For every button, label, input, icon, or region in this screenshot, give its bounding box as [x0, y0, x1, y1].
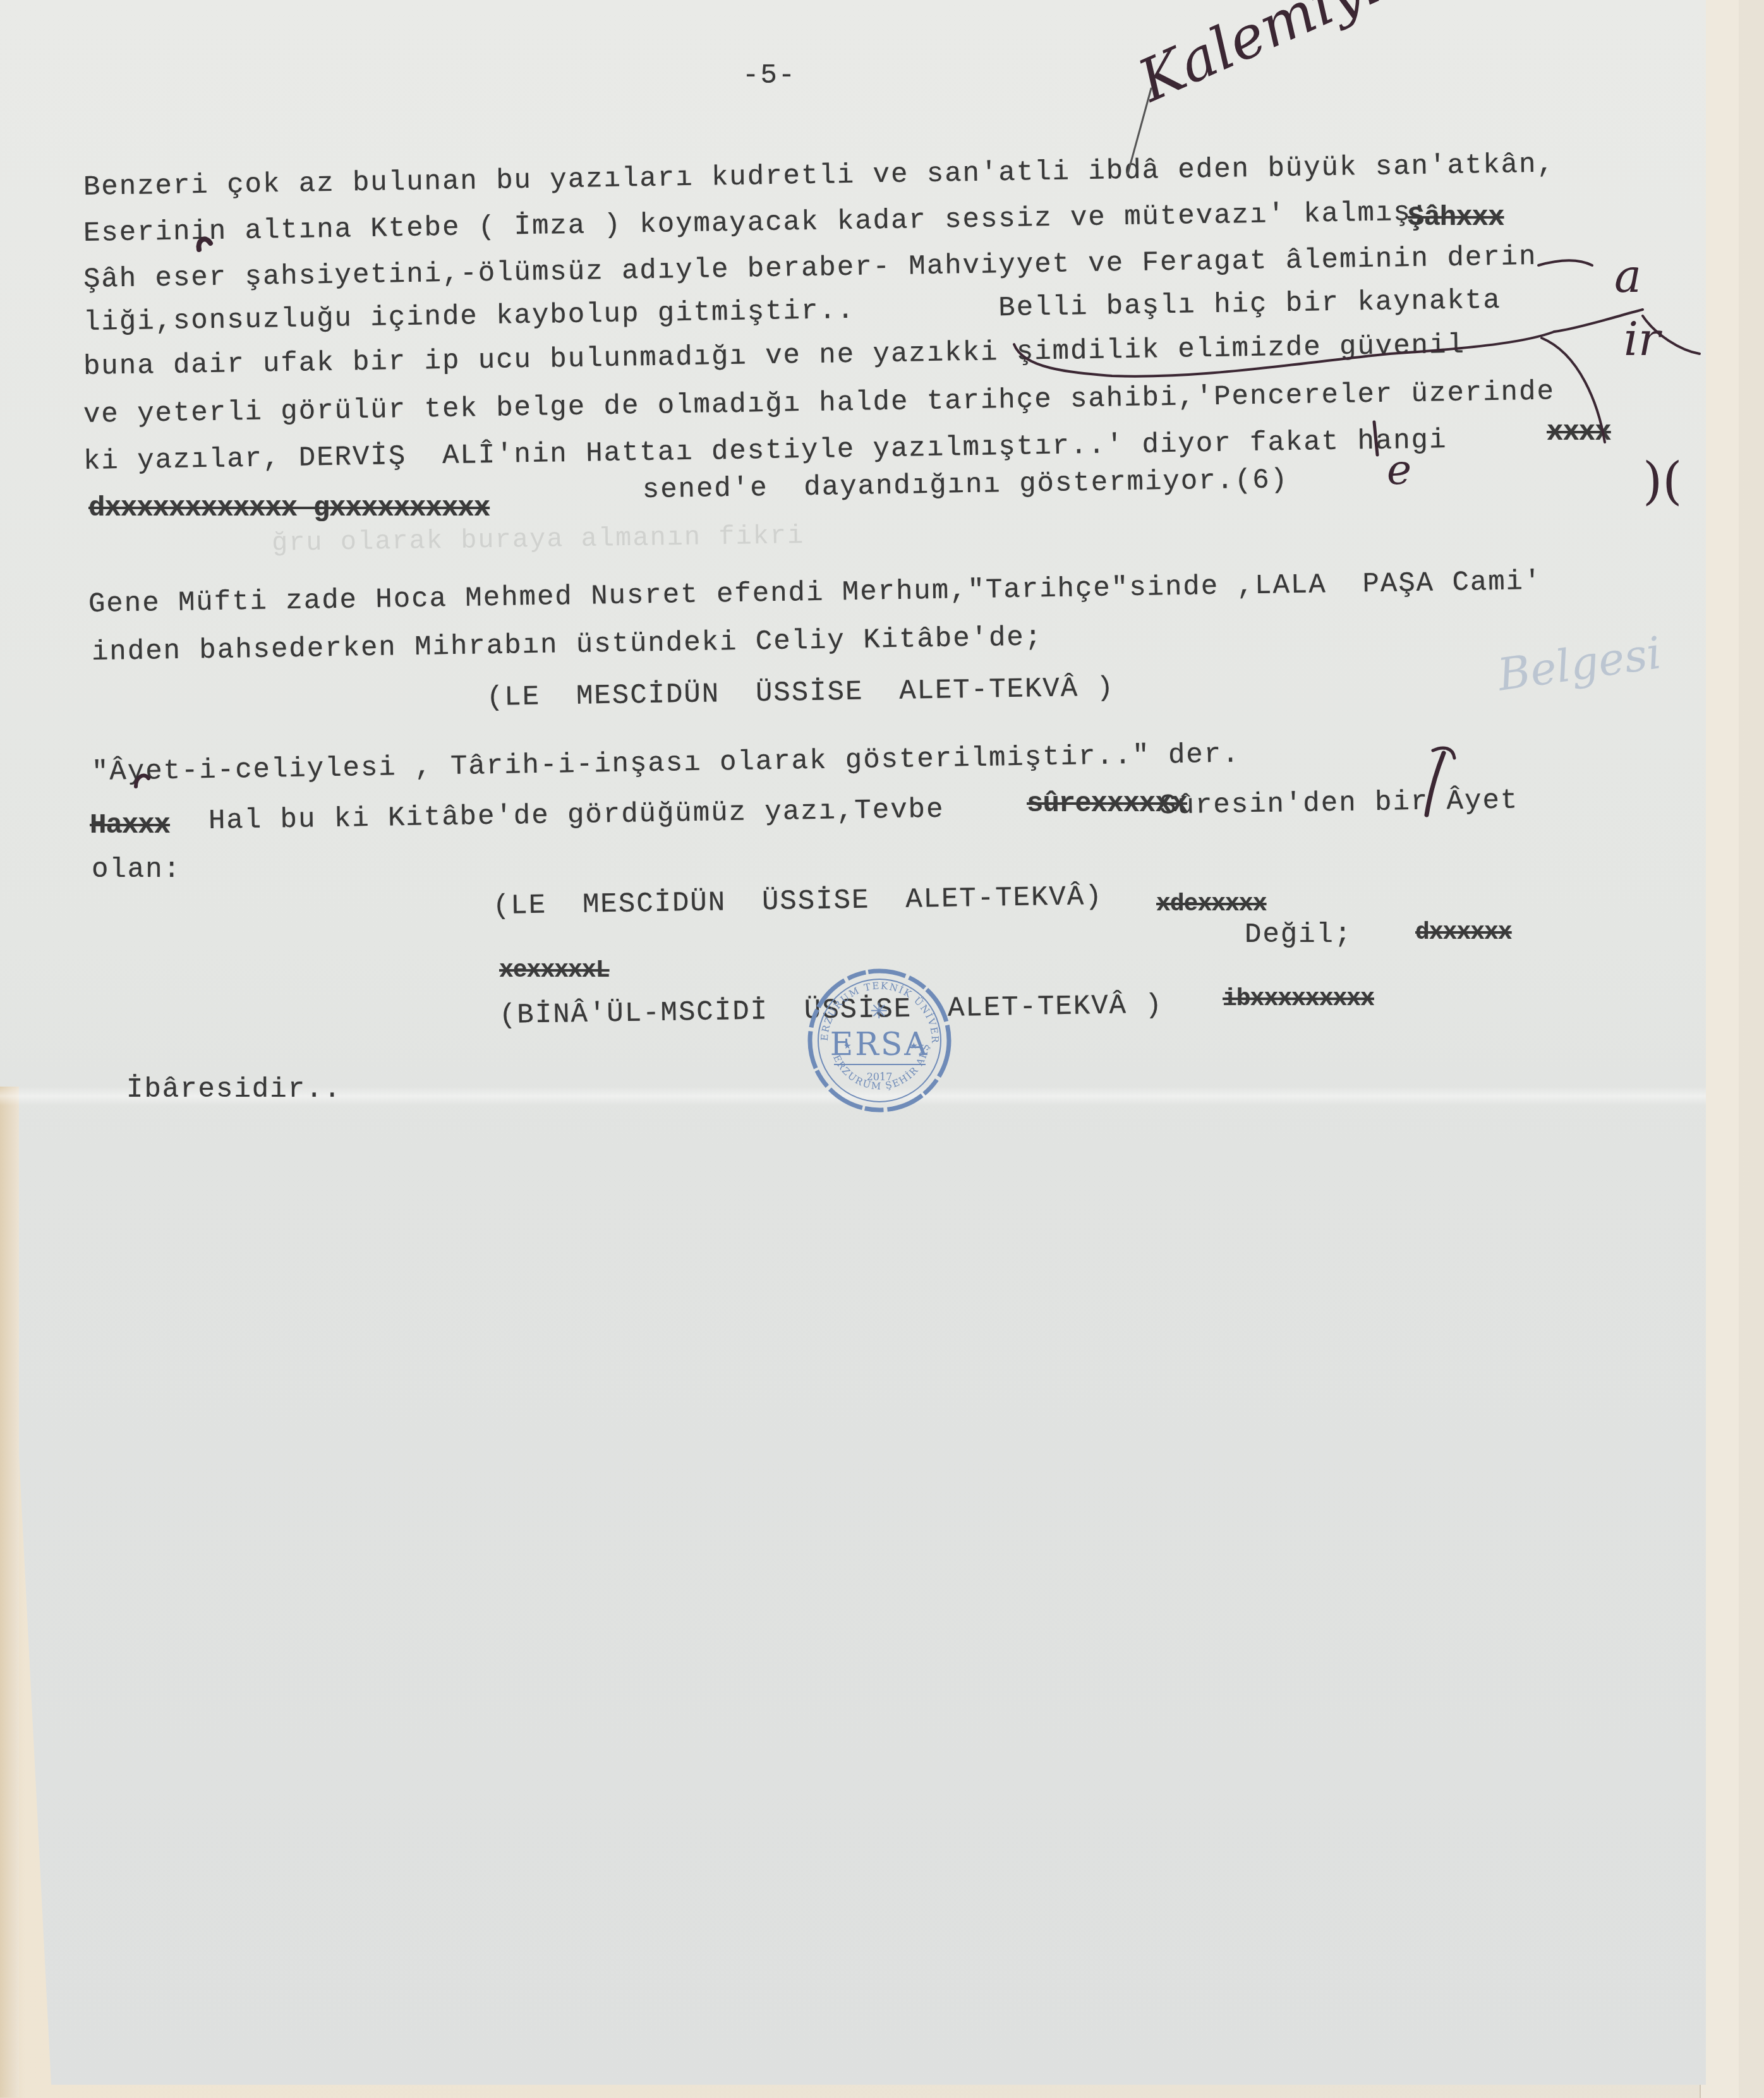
svg-text:★: ★: [843, 1041, 852, 1051]
svg-text:✳: ✳: [870, 999, 888, 1024]
ersa-archive-stamp: ERZURUM TEKNİK ÜNİVERSİTESİ ERZURUM ŞEHİ…: [806, 967, 954, 1115]
svg-text:★: ★: [910, 1041, 918, 1051]
stamp-year: 2017: [867, 1071, 893, 1083]
